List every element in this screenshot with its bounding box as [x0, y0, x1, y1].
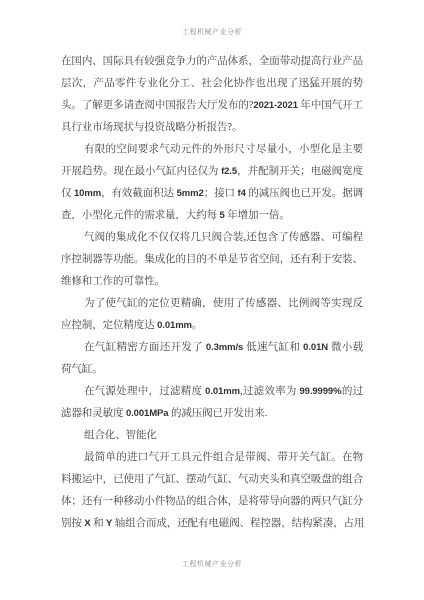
latin-token: 10mm: [74, 188, 101, 199]
text-line: 气阀的集成化不仅仅将几只阀合装,还包含了传感器、可编程: [61, 227, 363, 249]
document-body: 在国内、国际具有较强竞争力的产品体系，全面带动提高行业产品层次，产品零件专业化分…: [61, 51, 363, 535]
text-line: 体；还有一种移动小件物品的组合体，是将带导向器的两只气缸分: [61, 491, 363, 513]
latin-token: 0.01mm: [205, 386, 240, 397]
text-line: 维修和工作的可靠性。: [61, 271, 363, 293]
latin-token: 0.01N: [303, 342, 328, 353]
text-line: 组合化、智能化: [61, 425, 363, 447]
text-line: 最简单的进口气开工具元件组合是带阀、带开关气缸。在物: [61, 447, 363, 469]
latin-token: 99.9999%: [299, 386, 341, 397]
latin-token: X: [84, 518, 90, 529]
text-line: 滤器和灵敏度 0.001MPa 的减压阀已开发出来.: [61, 403, 363, 425]
latin-token: 5mm2: [177, 188, 204, 199]
text-line: 具行业市场现状与投资战略分析报告?。: [61, 117, 363, 139]
text-line: 序控制器等功能。集成化的目的不单是节省空间，还有利于安装、: [61, 249, 363, 271]
latin-token: 0.001MPa: [126, 408, 169, 419]
latin-token: 0.3mm/s: [206, 342, 243, 353]
text-line: 开展趋势。现在最小气缸内径仅为 f2.5，并配制开关；电磁阀宽度: [61, 161, 363, 183]
text-line: 荷气缸。: [61, 359, 363, 381]
text-line: 在气缸精密方面还开发了 0.3mm/s 低速气缸和 0.01N 微小载: [61, 337, 363, 359]
page-header: 工程机械产业分析: [0, 27, 424, 37]
text-line: 别按 X 和 Y 轴组合而成，还配有电磁阀、程控器，结构紧凑，占用: [61, 513, 363, 535]
text-line: 头。了解更多请查阅中国报告大厅发布的?2021-2021 年中国气开工: [61, 95, 363, 117]
text-line: 层次，产品零件专业化分工、社会化协作也出现了迅猛开展的势: [61, 73, 363, 95]
text-line: 仅 10mm，有效截面积达 5mm2；接口 f4 的减压阀也已开发。据调: [61, 183, 363, 205]
latin-token: Y: [106, 518, 112, 529]
document-page: 工程机械产业分析 在国内、国际具有较强竞争力的产品体系，全面带动提高行业产品层次…: [0, 0, 424, 600]
page-footer: 工程机械产业分析: [0, 559, 424, 569]
text-line: 在国内、国际具有较强竞争力的产品体系，全面带动提高行业产品: [61, 51, 363, 73]
text-line: 为了使气缸的定位更精确，使用了传感器、比例阀等实现反: [61, 293, 363, 315]
latin-token: f4: [238, 188, 246, 199]
text-line: 料搬运中，已使用了气缸、摆动气缸、气动夹头和真空吸盘的组合: [61, 469, 363, 491]
text-line: 在气源处理中，过滤精度 0.01mm,过滤效率为 99.9999%的过: [61, 381, 363, 403]
text-line: 查，小型化元件的需求量，大约每 5 年增加一倍。: [61, 205, 363, 227]
latin-token: 2021-2021: [253, 100, 298, 111]
latin-token: f2.5: [221, 166, 237, 177]
latin-token: 0.01mm: [157, 320, 192, 331]
text-line: 有限的空间要求气动元件的外形尺寸尽量小，小型化是主要: [61, 139, 363, 161]
text-line: 应控制，定位精度达 0.01mm。: [61, 315, 363, 337]
latin-token: 5: [220, 210, 225, 221]
